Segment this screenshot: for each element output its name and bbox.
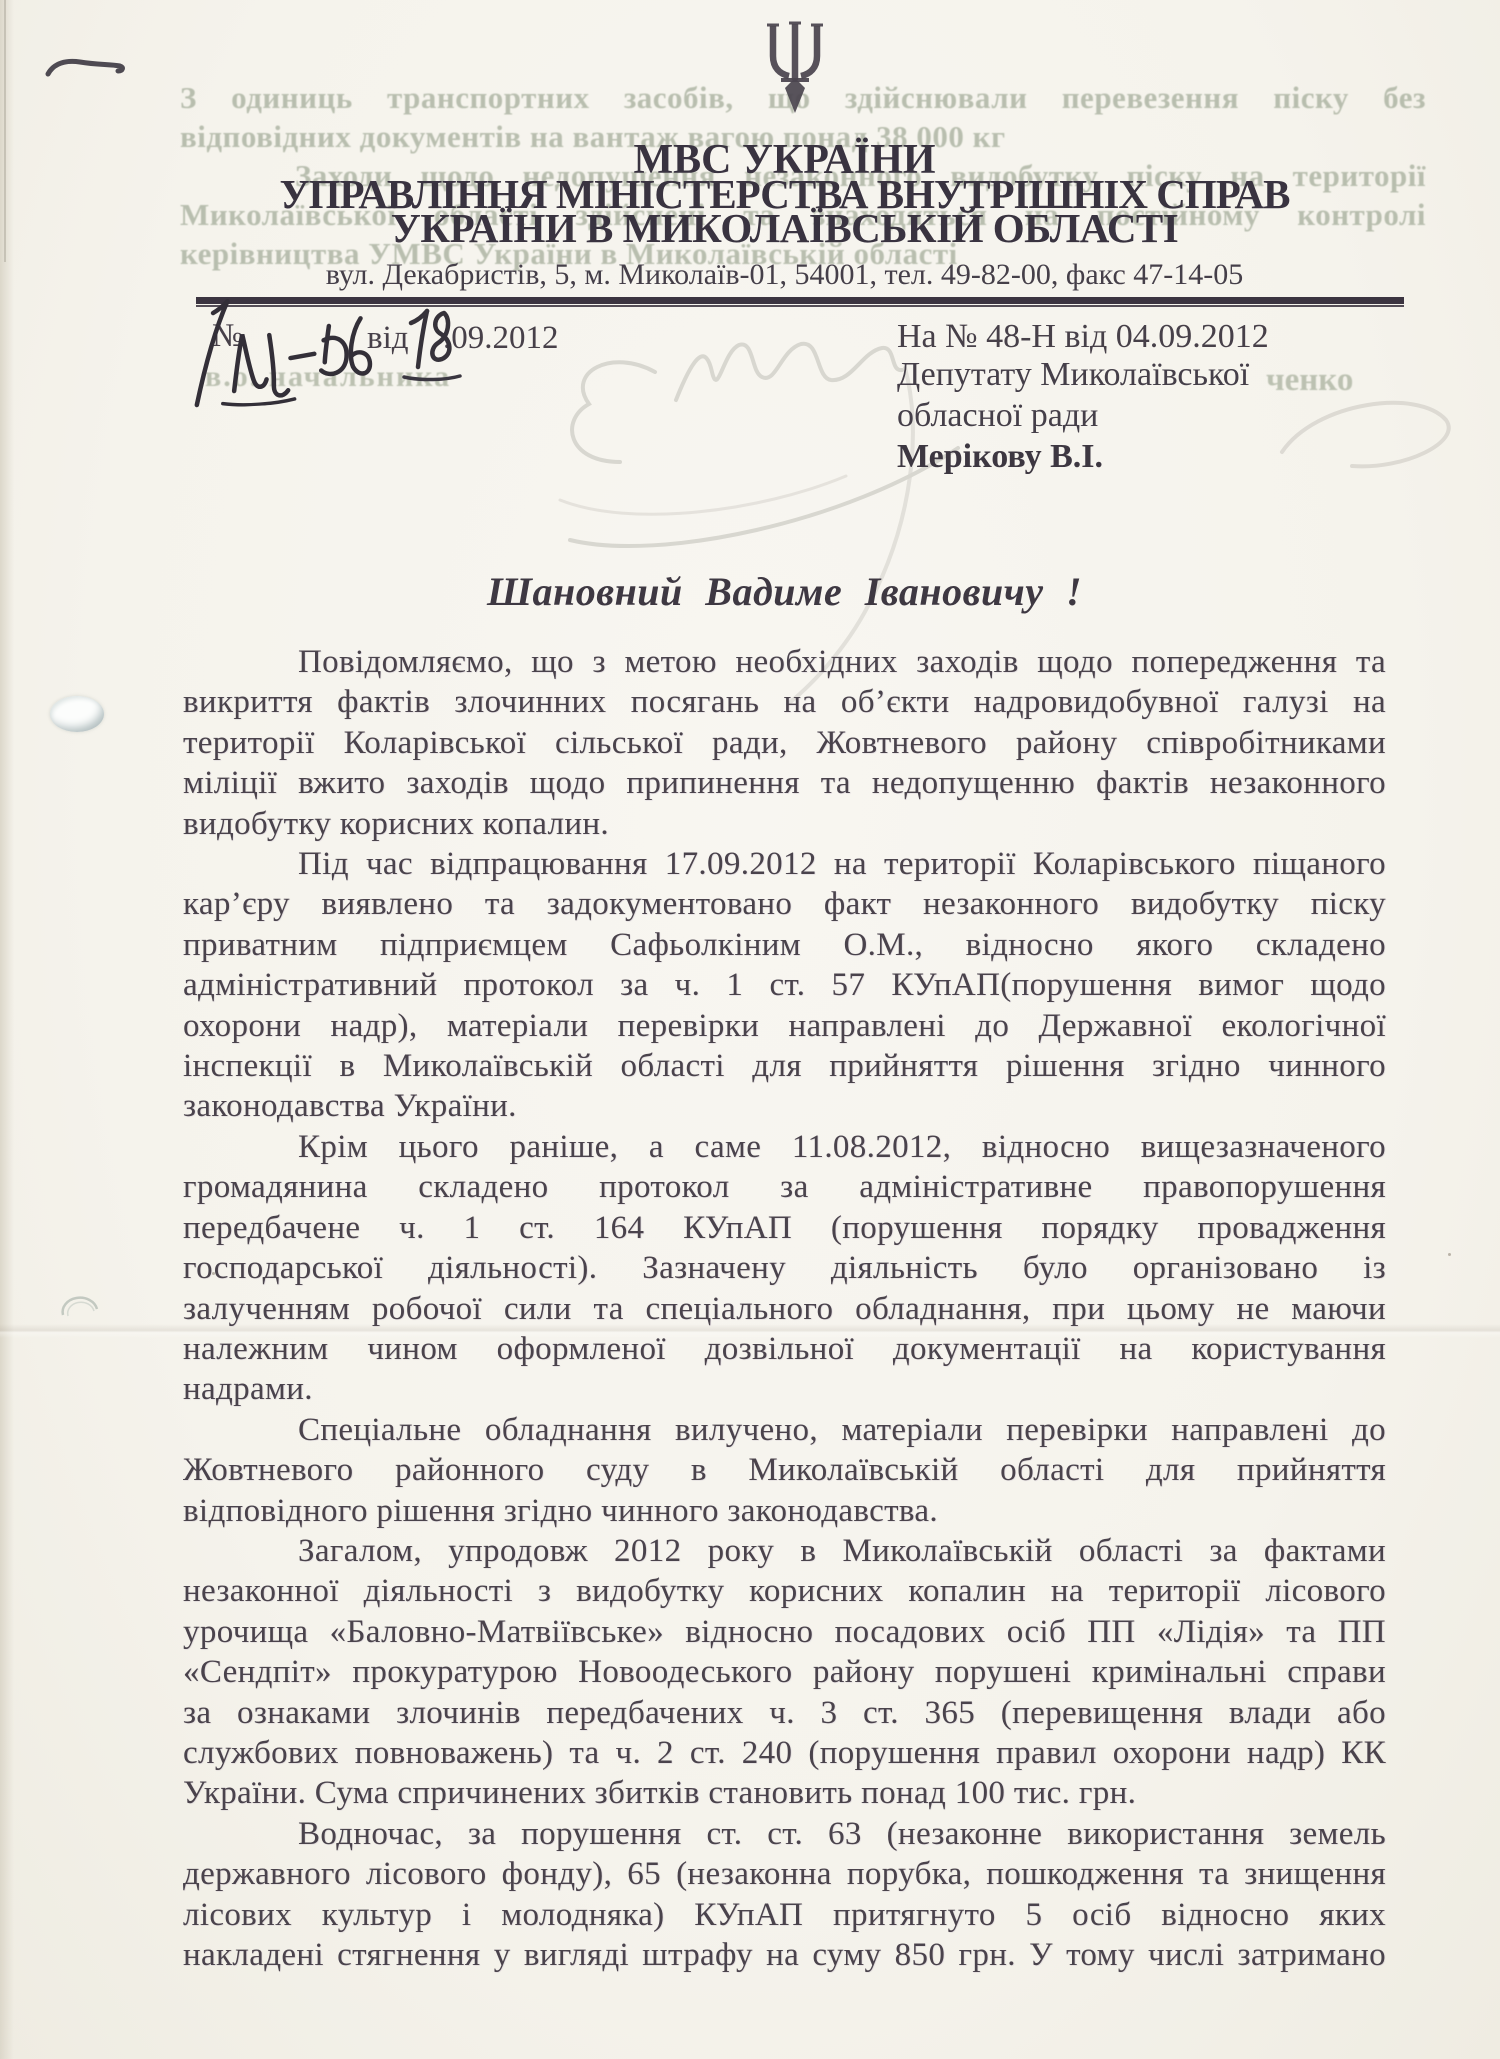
salutation: Шановний Вадиме Івановичу ! [183,568,1386,615]
body-line: викриття фактів злочинних посягань на об… [183,682,1386,722]
body-line: видобутку корисних копалин. [183,804,1386,844]
body-line: службових повноважень) та ч. 2 ст. 240 (… [183,1733,1386,1773]
letterhead-rule [196,297,1404,307]
hole-punch-crescent-mark [55,1285,103,1325]
body-line: Жовтневого районного суду в Миколаївські… [183,1450,1386,1490]
body-line: Водночас, за порушення ст. ст. 63 (незак… [183,1814,1386,1854]
paper-speck [1448,1253,1451,1256]
letterhead-address: вул. Декабристів, 5, м. Миколаїв-01, 540… [183,258,1386,292]
body-line: за ознаками злочинів передбачених ч. 3 с… [183,1693,1386,1733]
recipient-line1: Депутату Миколаївської [897,356,1249,394]
body-line: Спеціальне обладнання вилучено, матеріал… [183,1410,1386,1450]
body-line: адміністративний протокол за ч. 1 ст. 57… [183,965,1386,1005]
body-line: території Коларівської сільської ради, Ж… [183,723,1386,763]
ukraine-trident-emblem-icon [753,20,837,120]
body-line: незаконної діяльності з видобутку корисн… [183,1571,1386,1611]
scan-left-edge [0,0,14,2059]
body-line: законодавства України. [183,1086,1386,1126]
body-line: інспекції в Миколаївській області для пр… [183,1046,1386,1086]
rule-thick-line [196,297,1404,304]
scanned-letter-page: З одиниць транспортних засобів, що здійс… [0,0,1500,2059]
body-line: урочища «Баловно-Матвіївське» відносно п… [183,1612,1386,1652]
body-line: державного лісового фонду), 65 (незаконн… [183,1854,1386,1894]
body-line: «Сендпіт» прокуратурою Новоодеського рай… [183,1652,1386,1692]
body-line: лісових культур і молодняка) КУпАП притя… [183,1895,1386,1935]
hole-punch-mark [50,696,104,732]
body-line: Крім цього раніше, а саме 11.08.2012, ві… [183,1127,1386,1167]
handwritten-day [398,303,464,383]
body-line: Під час відпрацювання 17.09.2012 на тери… [183,844,1386,884]
body-line: України. Сума спричинених збитків станов… [183,1773,1386,1813]
body-line: залученням робочої сили та спеціального … [183,1289,1386,1329]
trident-bottom-point [785,78,805,113]
handwritten-outgoing-number [169,288,375,410]
rule-thin-line [196,305,1404,307]
body-line: передбачене ч. 1 ст. 164 КУпАП (порушенн… [183,1208,1386,1248]
body-line: накладені стягнення у вигляді штрафу на … [183,1935,1386,1975]
body-line: кар’єру виявлено та задокументовано факт… [183,884,1386,924]
recipient-line2: обласної ради [897,397,1098,435]
body-line: Повідомляємо, що з метою необхідних захо… [183,642,1386,682]
letterhead-org-block: МВС УКРАЇНИ УПРАВЛІННЯ МІНІСТЕРСТВА ВНУТ… [183,143,1386,245]
body-line: господарської діяльності). Зазначену дія… [183,1248,1386,1288]
incoming-reference: На № 48-Н від 04.09.2012 [897,318,1269,356]
scan-edge-line [4,0,6,262]
body-line: приватним підприємцем Сафьолкіним О.М., … [183,925,1386,965]
body-line: відповідного рішення згідно чинного зако… [183,1491,1386,1531]
body-line: громадянина складено протокол за адмініс… [183,1167,1386,1207]
body-line: Загалом, упродовж 2012 року в Миколаївсь… [183,1531,1386,1571]
body-line: охорони надр), матеріали перевірки напра… [183,1006,1386,1046]
letter-body: Повідомляємо, що з метою необхідних захо… [183,642,1386,1975]
body-line: міліції вжито заходів щодо припинення та… [183,763,1386,803]
body-line: надрами. [183,1369,1386,1409]
bleed-through-surname-fragment: ченко [1266,362,1353,399]
body-line: належним чином оформленої дозвільної док… [183,1329,1386,1369]
staple-mark [44,54,130,82]
recipient-name: Мерікову В.І. [897,438,1103,476]
